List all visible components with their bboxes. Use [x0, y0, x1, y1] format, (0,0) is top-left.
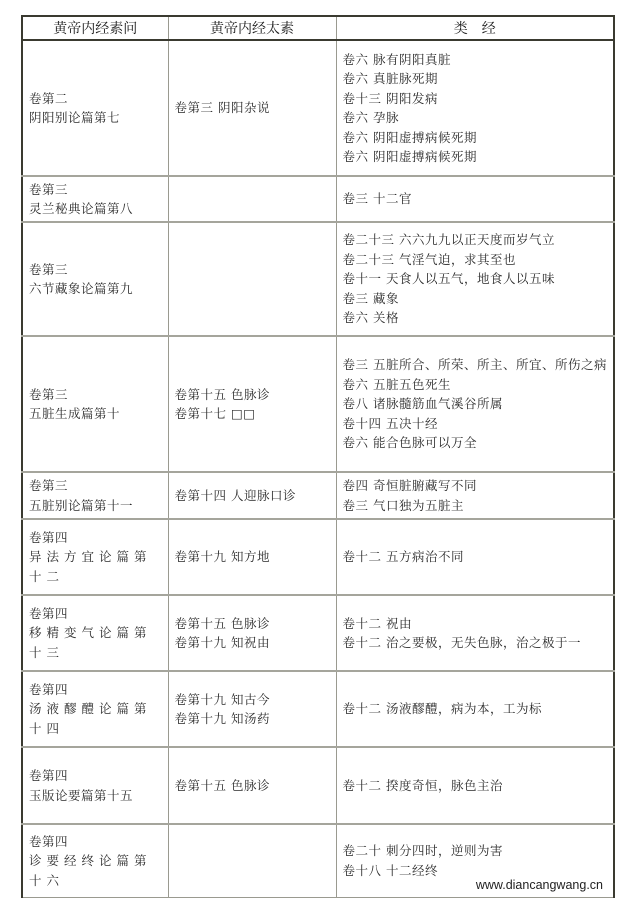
- cell-line: 卷十二 祝由: [343, 614, 608, 634]
- cell-line: 卷十四 五决十经: [343, 414, 608, 434]
- cell-suwen: 卷第四诊要经终论篇第十六: [22, 824, 168, 897]
- cell-leijing: 卷十二 汤液醪醴，病为本，工为标: [336, 671, 614, 747]
- cell-line: 五脏生成篇第十: [29, 404, 162, 424]
- cell-line: 卷第三: [29, 385, 162, 405]
- cell-taisu: 卷第十九 知方地: [168, 519, 336, 595]
- header-suwen: 黄帝内经素问: [22, 16, 168, 40]
- cell-taisu: 卷第十四 人迎脉口诊: [168, 472, 336, 519]
- comparison-table: 黄帝内经素问 黄帝内经太素 类 经 卷第二阴阳别论篇第七卷第三 阴阳杂说卷六 脉…: [21, 15, 615, 898]
- watermark: www.diancangwang.cn: [476, 878, 603, 892]
- cell-line: 卷第四: [29, 832, 162, 852]
- table-row: 卷第三六节藏象论篇第九卷二十三 六六九九以正天度而岁气立卷二十三 气淫气迫，求其…: [22, 222, 614, 336]
- table-row: 卷第三灵兰秘典论篇第八卷三 十二官: [22, 176, 614, 222]
- cell-line: 卷六 关格: [343, 308, 608, 328]
- cell-line: 玉版论要篇第十五: [29, 786, 162, 806]
- cell-taisu: 卷第三 阴阳杂说: [168, 40, 336, 176]
- table-row: 卷第四异法方宜论篇第十二卷第十九 知方地卷十二 五方病治不同: [22, 519, 614, 595]
- cell-line: 卷第十九 知汤药: [175, 709, 330, 729]
- cell-line: 卷第十五 色脉诊: [175, 614, 330, 634]
- cell-line: 卷第十五 色脉诊: [175, 385, 330, 405]
- cell-line: 卷六 真脏脉死期: [343, 69, 608, 89]
- cell-line: 卷第十五 色脉诊: [175, 776, 330, 796]
- cell-line: 卷六 孕脉: [343, 108, 608, 128]
- table-body: 卷第二阴阳别论篇第七卷第三 阴阳杂说卷六 脉有阴阳真脏卷六 真脏脉死期卷十三 阴…: [22, 40, 614, 897]
- cell-line: 卷六 脉有阴阳真脏: [343, 50, 608, 70]
- table-row: 卷第二阴阳别论篇第七卷第三 阴阳杂说卷六 脉有阴阳真脏卷六 真脏脉死期卷十三 阴…: [22, 40, 614, 176]
- cell-line: 卷二十三 六六九九以正天度而岁气立: [343, 230, 608, 250]
- cell-line: 卷二十 刺分四时，逆则为害: [343, 841, 608, 861]
- cell-line: 卷第四: [29, 680, 162, 700]
- cell-suwen: 卷第四移精变气论篇第十三: [22, 595, 168, 671]
- cell-leijing: 卷三 五脏所合、所荣、所主、所宜、所伤之病卷六 五脏五色死生卷八 诸脉髓筋血气溪…: [336, 336, 614, 472]
- table-row: 卷第四玉版论要篇第十五卷第十五 色脉诊卷十二 揆度奇恒，脉色主治: [22, 747, 614, 824]
- header-leijing: 类 经: [336, 16, 614, 40]
- cell-line: 卷十二 五方病治不同: [343, 547, 608, 567]
- cell-line: 卷第三: [29, 476, 162, 496]
- cell-line: 卷六 阴阳虚搏病候死期: [343, 147, 608, 167]
- cell-line: 卷二十三 气淫气迫，求其至也: [343, 250, 608, 270]
- cell-line: 卷三 藏象: [343, 289, 608, 309]
- cell-taisu: 卷第十五 色脉诊卷第十七 □□: [168, 336, 336, 472]
- cell-leijing: 卷十二 祝由卷十二 治之要极，无失色脉，治之极于一: [336, 595, 614, 671]
- cell-line: 卷第十九 知祝由: [175, 633, 330, 653]
- cell-line: 卷第三: [29, 260, 162, 280]
- cell-line: 卷六 能合色脉可以万全: [343, 433, 608, 453]
- cell-suwen: 卷第三六节藏象论篇第九: [22, 222, 168, 336]
- cell-suwen: 卷第三五脏别论篇第十一: [22, 472, 168, 519]
- cell-line: 卷第十九 知方地: [175, 547, 330, 567]
- table-row: 卷第三五脏生成篇第十卷第十五 色脉诊卷第十七 □□卷三 五脏所合、所荣、所主、所…: [22, 336, 614, 472]
- cell-suwen: 卷第二阴阳别论篇第七: [22, 40, 168, 176]
- cell-line: 异法方宜论篇第十二: [29, 547, 162, 586]
- cell-line: 六节藏象论篇第九: [29, 279, 162, 299]
- cell-line: 卷第三 阴阳杂说: [175, 98, 330, 118]
- cell-line: 卷八 诸脉髓筋血气溪谷所属: [343, 394, 608, 414]
- cell-line: 灵兰秘典论篇第八: [29, 199, 162, 219]
- cell-suwen: 卷第四玉版论要篇第十五: [22, 747, 168, 824]
- header-row: 黄帝内经素问 黄帝内经太素 类 经: [22, 16, 614, 40]
- cell-taisu: 卷第十五 色脉诊: [168, 747, 336, 824]
- cell-line: 卷第十四 人迎脉口诊: [175, 486, 330, 506]
- cell-line: 卷十三 阴阳发病: [343, 89, 608, 109]
- header-taisu: 黄帝内经太素: [168, 16, 336, 40]
- cell-line: 阴阳别论篇第七: [29, 108, 162, 128]
- cell-line: 卷三 气口独为五脏主: [343, 496, 608, 516]
- cell-line: 卷十二 汤液醪醴，病为本，工为标: [343, 699, 608, 719]
- cell-line: 卷四 奇恒脏腑藏写不同: [343, 476, 608, 496]
- cell-line: 卷第四: [29, 766, 162, 786]
- cell-line: 卷六 阴阳虚搏病候死期: [343, 128, 608, 148]
- comparison-table-container: 黄帝内经素问 黄帝内经太素 类 经 卷第二阴阳别论篇第七卷第三 阴阳杂说卷六 脉…: [21, 15, 613, 898]
- cell-line: 五脏别论篇第十一: [29, 496, 162, 516]
- cell-line: 卷三 十二官: [343, 189, 608, 209]
- cell-suwen: 卷第三五脏生成篇第十: [22, 336, 168, 472]
- cell-line: 卷十二 治之要极，无失色脉，治之极于一: [343, 633, 608, 653]
- cell-line: 卷第十七 □□: [175, 404, 330, 424]
- cell-suwen: 卷第四汤液醪醴论篇第十四: [22, 671, 168, 747]
- cell-line: 卷第二: [29, 89, 162, 109]
- table-row: 卷第三五脏别论篇第十一卷第十四 人迎脉口诊卷四 奇恒脏腑藏写不同卷三 气口独为五…: [22, 472, 614, 519]
- cell-taisu: 卷第十五 色脉诊卷第十九 知祝由: [168, 595, 336, 671]
- cell-leijing: 卷十二 揆度奇恒，脉色主治: [336, 747, 614, 824]
- table-row: 卷第四移精变气论篇第十三卷第十五 色脉诊卷第十九 知祝由卷十二 祝由卷十二 治之…: [22, 595, 614, 671]
- cell-line: 移精变气论篇第十三: [29, 623, 162, 662]
- cell-line: 卷第四: [29, 528, 162, 548]
- cell-line: 汤液醪醴论篇第十四: [29, 699, 162, 738]
- cell-taisu: [168, 824, 336, 897]
- cell-line: 诊要经终论篇第十六: [29, 851, 162, 890]
- cell-leijing: 卷六 脉有阴阳真脏卷六 真脏脉死期卷十三 阴阳发病卷六 孕脉卷六 阴阳虚搏病候死…: [336, 40, 614, 176]
- cell-suwen: 卷第三灵兰秘典论篇第八: [22, 176, 168, 222]
- cell-line: 卷第四: [29, 604, 162, 624]
- cell-leijing: 卷四 奇恒脏腑藏写不同卷三 气口独为五脏主: [336, 472, 614, 519]
- cell-taisu: [168, 176, 336, 222]
- cell-leijing: 卷三 十二官: [336, 176, 614, 222]
- cell-line: 卷六 五脏五色死生: [343, 375, 608, 395]
- cell-taisu: [168, 222, 336, 336]
- cell-leijing: 卷二十三 六六九九以正天度而岁气立卷二十三 气淫气迫，求其至也卷十一 天食人以五…: [336, 222, 614, 336]
- cell-line: 卷十一 天食人以五气，地食人以五味: [343, 269, 608, 289]
- cell-line: 卷十二 揆度奇恒，脉色主治: [343, 776, 608, 796]
- cell-line: 卷第十九 知古今: [175, 690, 330, 710]
- cell-line: 卷第三: [29, 180, 162, 200]
- cell-leijing: 卷十二 五方病治不同: [336, 519, 614, 595]
- cell-taisu: 卷第十九 知古今卷第十九 知汤药: [168, 671, 336, 747]
- cell-line: 卷三 五脏所合、所荣、所主、所宜、所伤之病: [343, 355, 608, 375]
- cell-suwen: 卷第四异法方宜论篇第十二: [22, 519, 168, 595]
- table-row: 卷第四汤液醪醴论篇第十四卷第十九 知古今卷第十九 知汤药卷十二 汤液醪醴，病为本…: [22, 671, 614, 747]
